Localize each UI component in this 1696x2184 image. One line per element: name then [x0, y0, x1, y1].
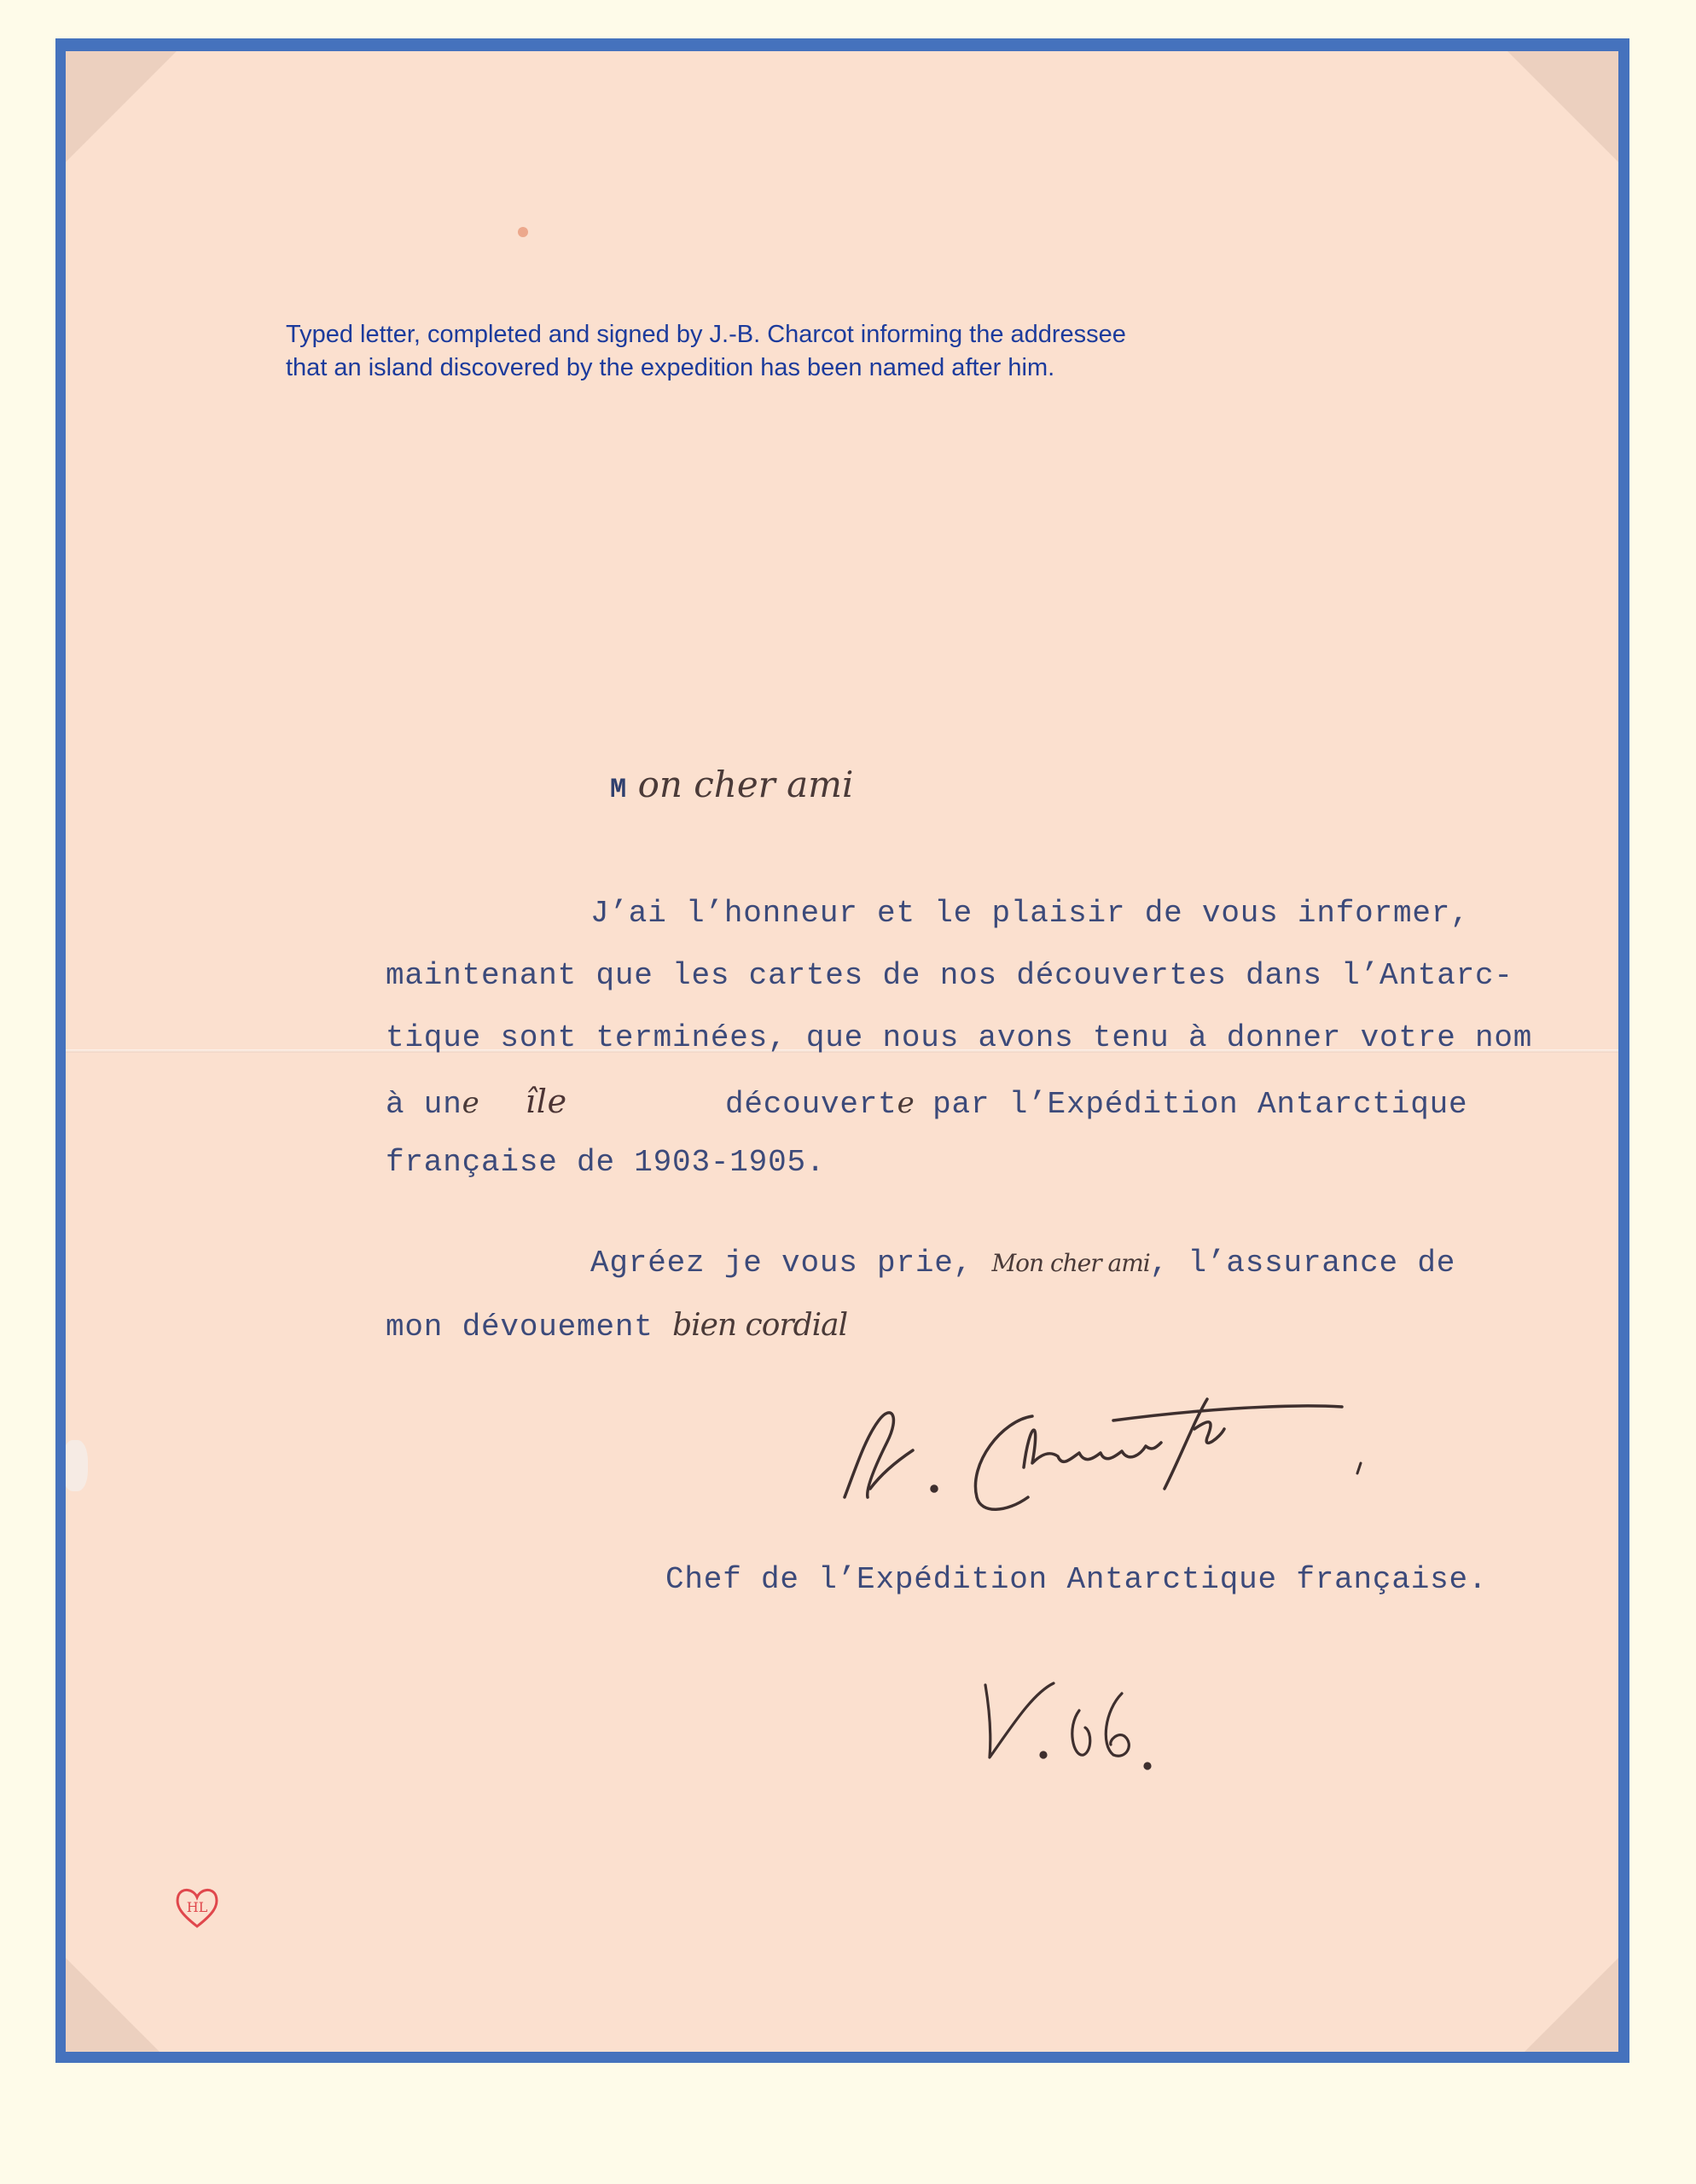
p2-line-1-end: , l’assurance de	[1150, 1246, 1455, 1281]
caption-line-2: that an island discovered by the expedit…	[286, 351, 1480, 385]
signatory-title: Chef de l’Expédition Antarctique françai…	[665, 1562, 1487, 1597]
p1-line-4-decouvert: découvert	[725, 1087, 897, 1122]
stain-spot	[518, 227, 528, 237]
folded-corner	[66, 51, 177, 162]
folded-corner	[66, 1958, 160, 2052]
folded-corner	[1507, 51, 1618, 162]
handwritten-bien-cordial: bien cordial	[672, 1308, 847, 1343]
salutation-handwritten: on cher ami	[638, 764, 854, 805]
p1-line-2: maintenant que les cartes de nos découve…	[386, 958, 1513, 993]
p1-line-1: J’ai l’honneur et le plaisir de vous inf…	[590, 896, 1470, 931]
edge-tear	[66, 1440, 88, 1491]
salutation: M on cher ami	[610, 764, 853, 805]
p2-line-1-start: Agréez je vous prie,	[590, 1246, 991, 1281]
p1-line-3: tique sont terminées, que nous avons ten…	[386, 1020, 1532, 1055]
svg-text:HL: HL	[187, 1899, 208, 1915]
handwritten-ile: île	[526, 1083, 567, 1120]
p1-line-4: à uneîledécouverte par l’Expédition Anta…	[386, 1083, 1467, 1122]
p2-line-1: Agréez je vous prie, Mon cher ami, l’ass…	[590, 1246, 1455, 1281]
p2-line-2-start: mon dévouement	[386, 1310, 672, 1345]
p1-line-5: française de 1903-1905.	[386, 1145, 825, 1180]
p2-line-2: mon dévouement bien cordial	[386, 1308, 847, 1345]
folded-corner	[1525, 1958, 1618, 2052]
p1-line-4-end: par l’Expédition Antarctique	[914, 1087, 1468, 1122]
handwritten-e-2: e	[897, 1086, 914, 1120]
handwritten-mon-cher-ami: Mon cher ami	[991, 1249, 1149, 1277]
heart-stamp-icon: HL	[173, 1884, 221, 1931]
p1-line-4-start: à un	[386, 1087, 462, 1122]
caption: Typed letter, completed and signed by J.…	[286, 318, 1480, 385]
handwritten-e: e	[462, 1086, 479, 1120]
handwritten-date: V. 06.	[973, 1659, 1194, 1770]
signature: J. Charcot	[806, 1369, 1403, 1523]
caption-line-1: Typed letter, completed and signed by J.…	[286, 318, 1480, 351]
salutation-typed-initial: M	[610, 774, 626, 805]
